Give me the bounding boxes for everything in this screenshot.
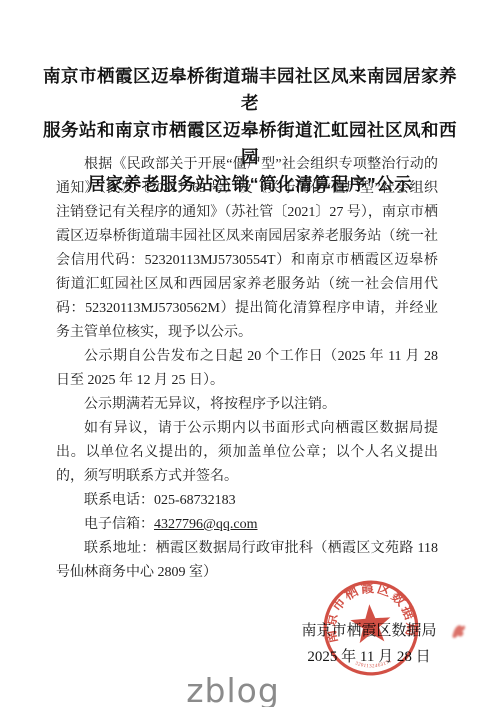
title-line-1: 南京市栖霞区迈皋桥街道瑞丰园社区凤来南园居家养老 bbox=[38, 63, 462, 117]
red-ink-smudge bbox=[449, 618, 469, 644]
paragraph-publicity-period: 公示期自公告发布之日起 20 个工作日（2025 年 11 月 28 日至 20… bbox=[56, 345, 438, 393]
paragraph-legal-basis: 根据《民政部关于开展“僵尸型”社会组织专项整治行动的通知》（民发〔2021〕63… bbox=[56, 153, 438, 345]
seal-code: 3201132463171 bbox=[354, 658, 394, 671]
contact-email-line: 电子信箱：4327796@qq.com bbox=[56, 513, 438, 537]
official-seal: 南京市栖霞区数据局 3201132463171 bbox=[312, 569, 429, 686]
contact-address-label: 联系地址： bbox=[84, 541, 156, 556]
document-body: 根据《民政部关于开展“僵尸型”社会组织专项整治行动的通知》（民发〔2021〕63… bbox=[56, 153, 438, 585]
paragraph-objection-method: 如有异议，请于公示期内以书面形式向栖霞区数据局提出。以单位名义提出的，须加盖单位… bbox=[56, 417, 438, 489]
seal-star-icon bbox=[349, 603, 392, 644]
watermark-text: zblog bbox=[0, 671, 466, 707]
contact-phone-value: 025-68732183 bbox=[154, 493, 236, 508]
paragraph-no-objection: 公示期满若无异议，将按程序予以注销。 bbox=[56, 393, 438, 417]
contact-phone-line: 联系电话：025-68732183 bbox=[56, 489, 438, 513]
contact-email-link[interactable]: 4327796@qq.com bbox=[154, 517, 258, 532]
svg-text:3201132463171: 3201132463171 bbox=[354, 658, 394, 671]
contact-email-label: 电子信箱： bbox=[84, 517, 154, 532]
document-page: 南京市栖霞区迈皋桥街道瑞丰园社区凤来南园居家养老 服务站和南京市栖霞区迈皋桥街道… bbox=[0, 0, 500, 707]
contact-phone-label: 联系电话： bbox=[84, 493, 154, 508]
